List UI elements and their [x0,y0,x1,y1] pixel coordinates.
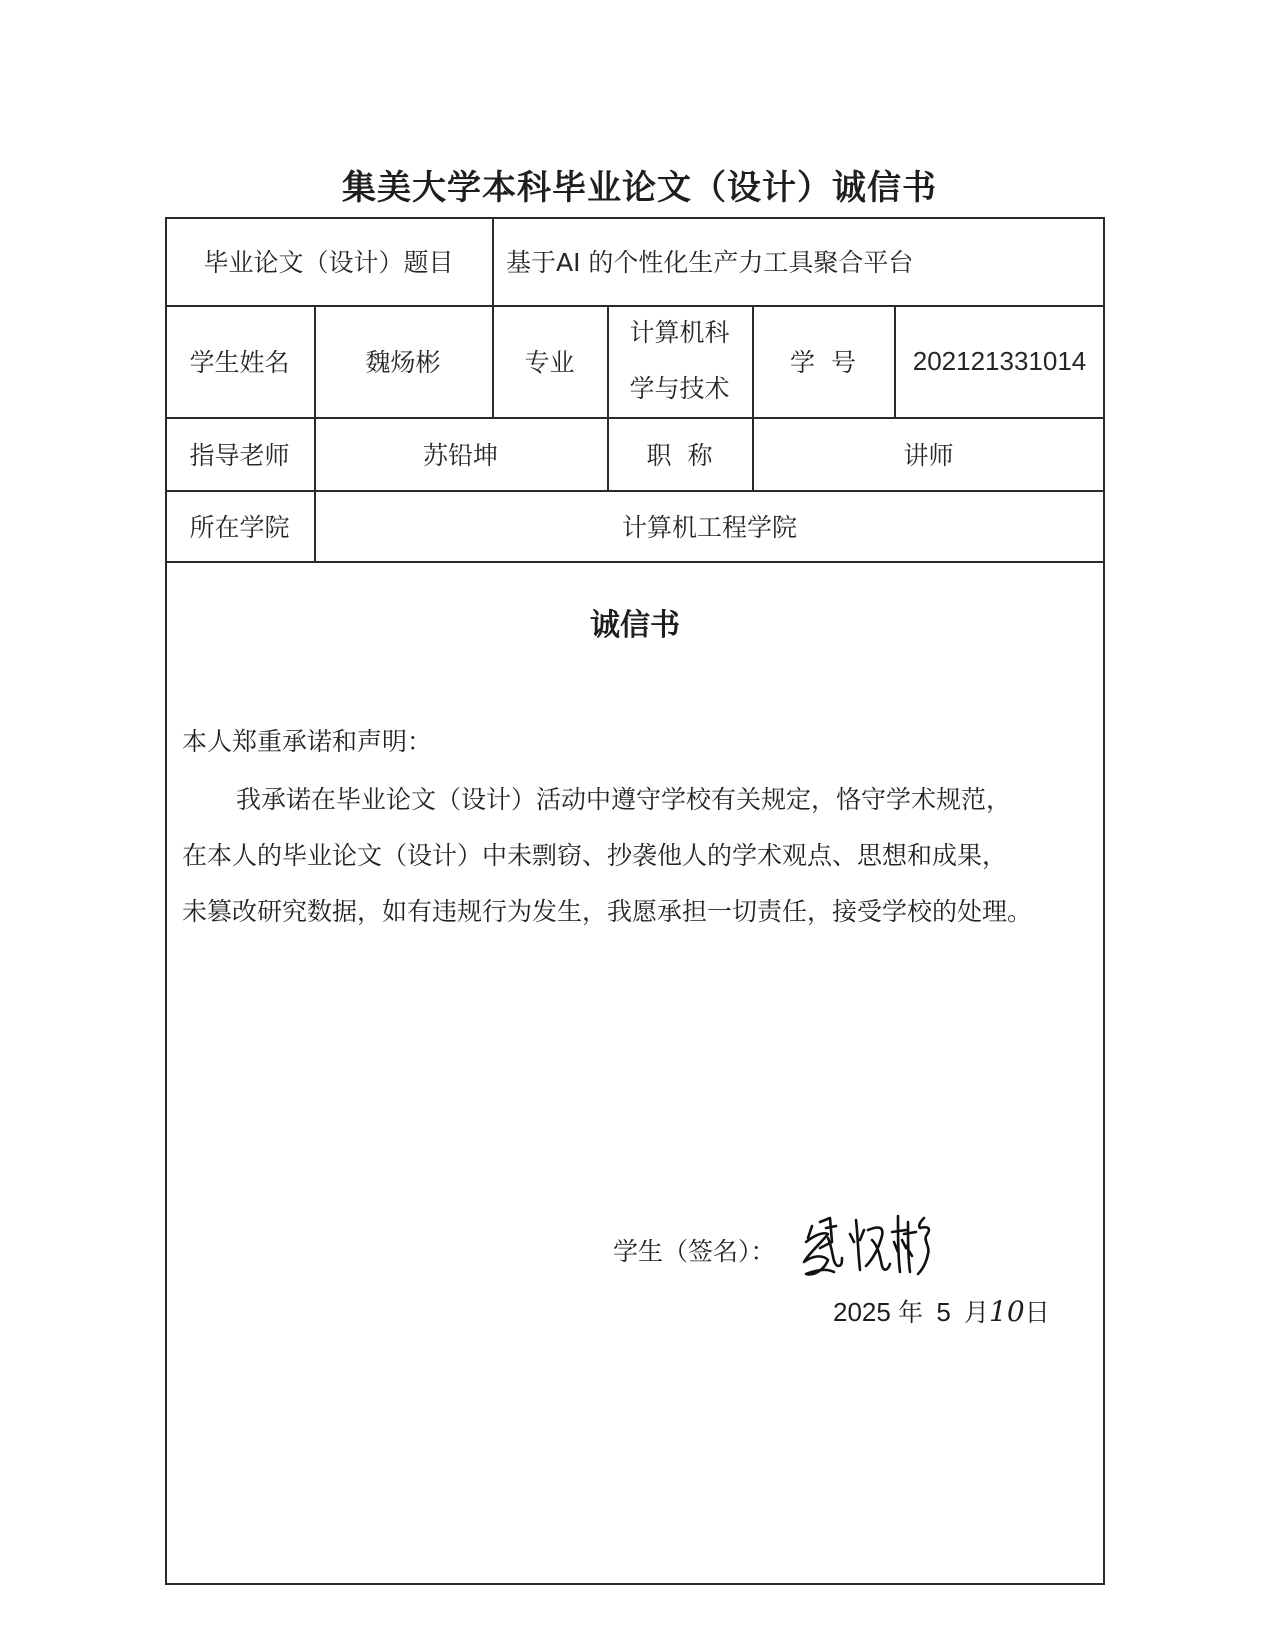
pledge-heading: 诚信书 [165,600,1105,644]
thesis-title-label: 毕业论文（设计）题目 [165,217,492,305]
major-label: 专业 [492,305,607,417]
document-title: 集美大学本科毕业论文（设计）诚信书 [0,160,1279,209]
thesis-title-value: 基于AI 的个性化生产力工具聚合平台 [492,217,1105,305]
date-year-unit: 年 [898,1298,923,1327]
date-month: 5 [936,1297,950,1327]
pledge-intro: 本人郑重承诺和声明： [182,722,432,758]
student-name-label: 学生姓名 [165,305,314,417]
major-value-line2: 学与技术 [629,361,729,417]
date-year: 2025 [833,1297,891,1327]
student-id-value: 202121331014 [894,305,1105,417]
date-day-handwritten: 10 [989,1295,1025,1328]
student-id-label: 学 号 [752,305,894,417]
pledge-paragraph: 我承诺在毕业论文（设计）活动中遵守学校有关规定，恪守学术规范， 在本人的毕业论文… [182,772,1097,940]
advisor-title-value: 讲师 [752,417,1105,490]
major-value: 计算机科 学与技术 [607,305,752,417]
advisor-value: 苏铅坤 [314,417,607,490]
row-divider [165,561,1105,563]
pledge-line: 未篡改研究数据，如有违规行为发生，我愿承担一切责任，接受学校的处理。 [182,884,1097,940]
date-month-unit: 月 [964,1298,989,1327]
college-label: 所在学院 [165,490,314,561]
signature-label: 学生（签名）： [613,1232,776,1268]
student-name-value: 魏炀彬 [314,305,492,417]
advisor-title-label: 职 称 [607,417,752,490]
date-day-unit: 日 [1025,1298,1050,1327]
advisor-label: 指导老师 [165,417,314,490]
college-value: 计算机工程学院 [314,490,1105,561]
signing-date: 2025 年 5 月10日 [833,1293,1050,1329]
pledge-line: 我承诺在毕业论文（设计）活动中遵守学校有关规定，恪守学术规范， [182,772,1097,828]
major-value-line1: 计算机科 [629,305,729,361]
pledge-line: 在本人的毕业论文（设计）中未剽窃、抄袭他人的学术观点、思想和成果， [182,828,1097,884]
handwritten-signature [798,1212,938,1284]
